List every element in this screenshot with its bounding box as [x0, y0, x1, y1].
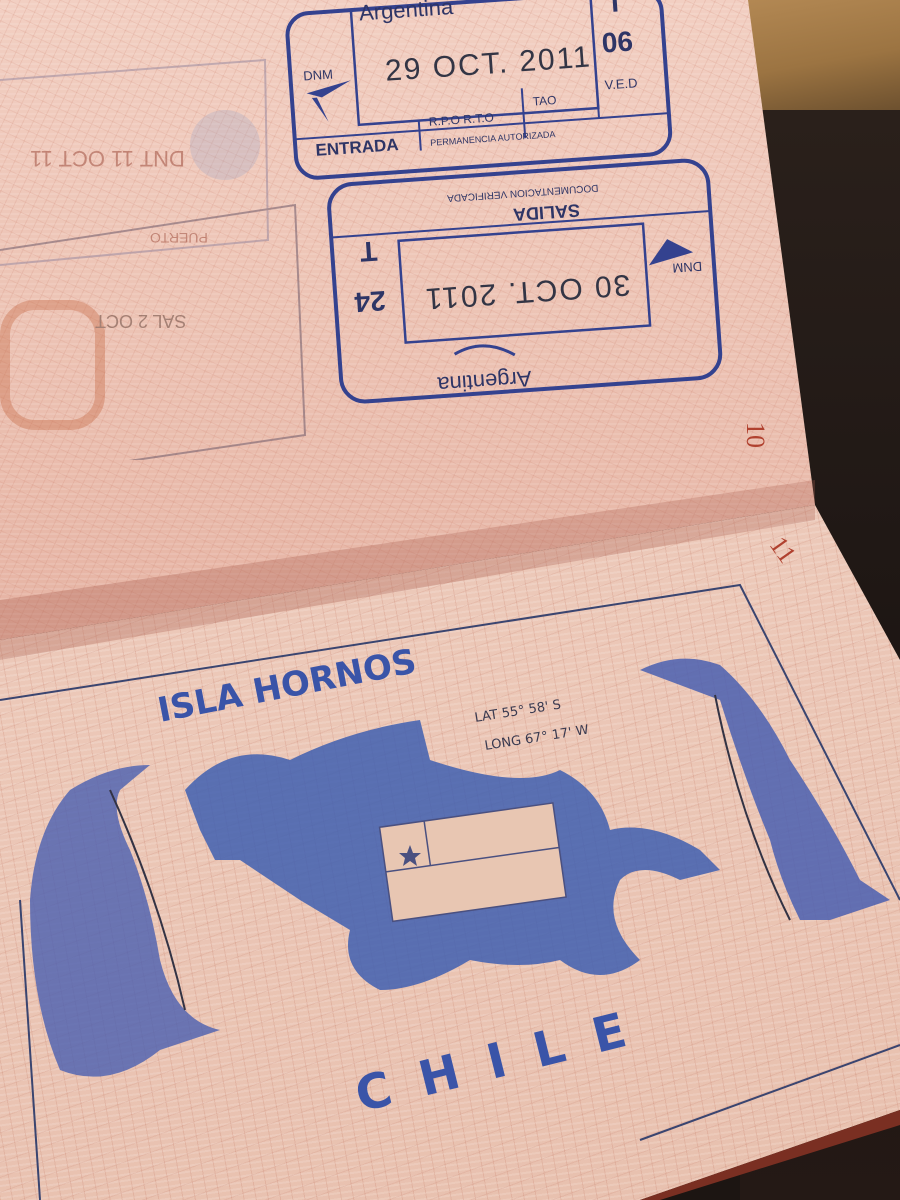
isla-hornos-stamp: ISLA HORNOS LAT 55° 58' S LONG 67° 17' W… — [0, 0, 900, 1200]
penguin-right-icon — [640, 659, 890, 920]
stamp-lat: LAT 55° 58' S — [474, 697, 562, 725]
penguin-left-icon — [30, 765, 220, 1077]
stamp-long: LONG 67° 17' W — [484, 723, 590, 754]
stamp-country: CHILE — [350, 995, 661, 1124]
stamp-border-bottom — [640, 1045, 900, 1140]
